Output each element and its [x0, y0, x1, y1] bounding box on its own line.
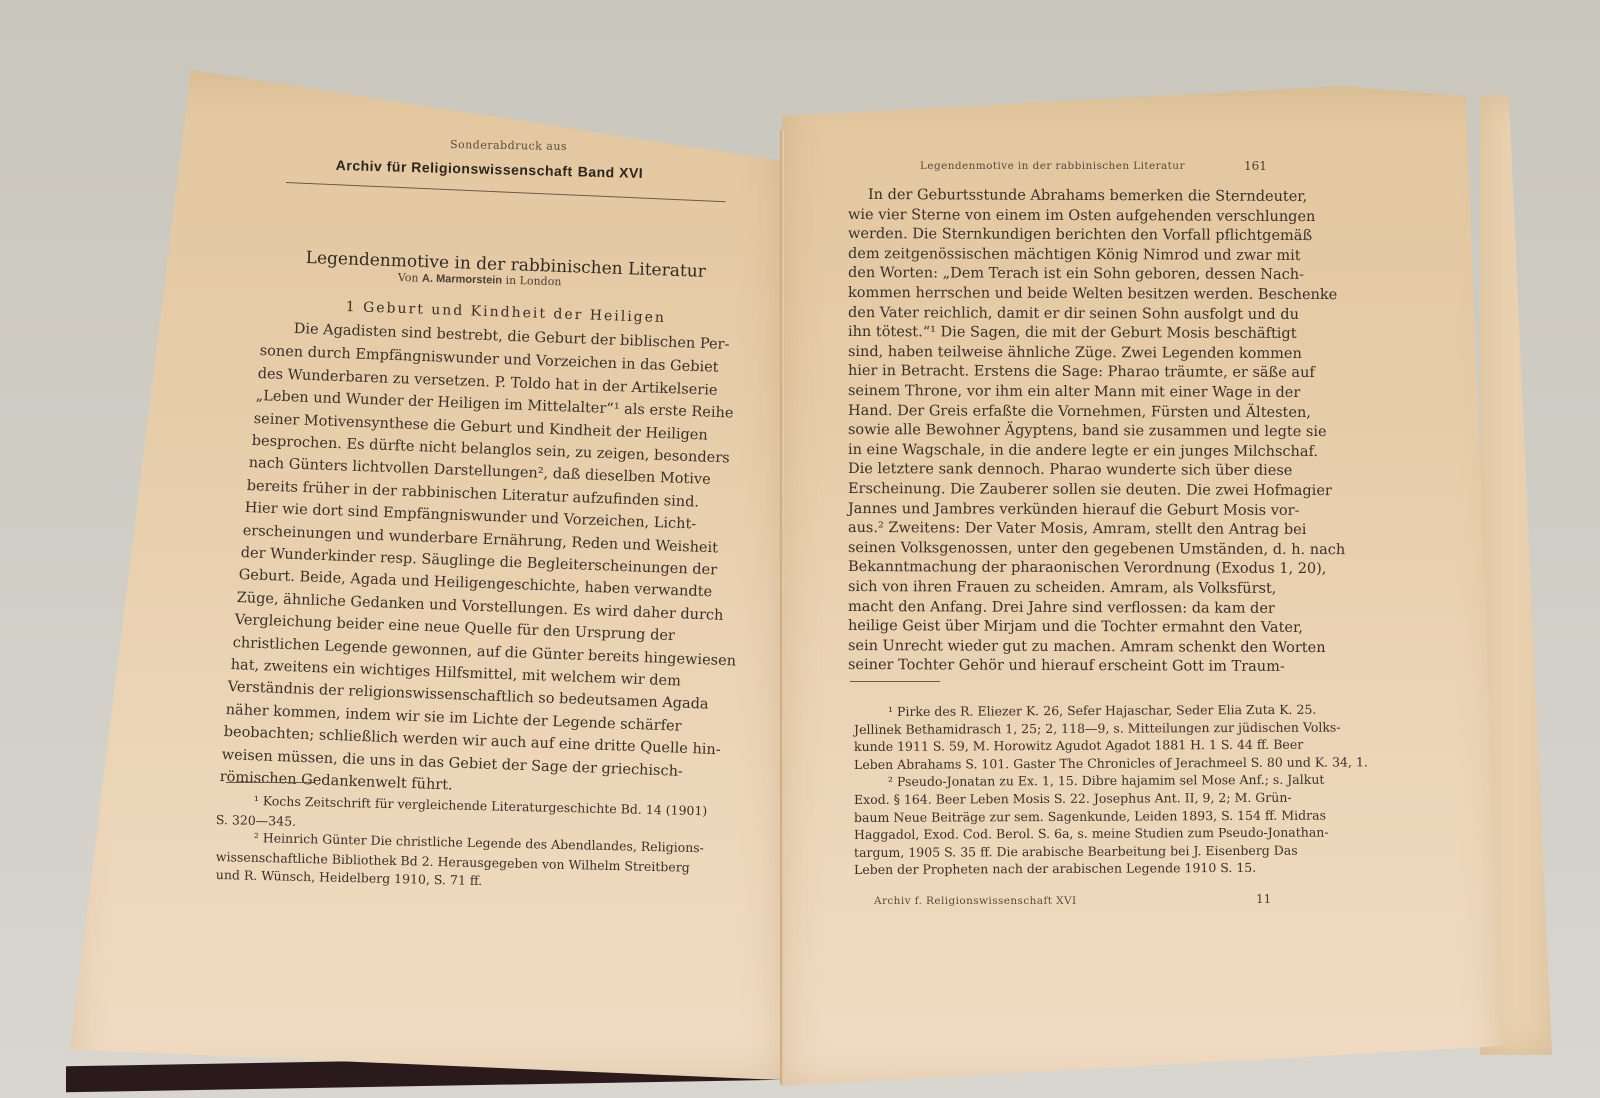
body-line: hier in Betracht. Erstens die Sage: Phar…	[848, 364, 1315, 381]
footnote-rule	[850, 681, 940, 682]
signature-line: Archiv f. Religionswissenschaft XVI	[874, 896, 1077, 907]
footnote-line: Jellinek Bethamidrasch 1, 25; 2, 118—9, …	[854, 721, 1341, 736]
body-line: Die letztere sank dennoch. Pharao wunder…	[848, 462, 1292, 478]
body-line: kommen herrschen und beide Welten besitz…	[848, 286, 1337, 303]
body-line: in eine Wagschale, in die andere legte e…	[848, 443, 1318, 460]
body-line: sowie alle Bewohner Ägyptens, band sie z…	[848, 423, 1327, 440]
body-line: Bekanntmachung der pharaonischen Verordn…	[848, 560, 1327, 577]
journal-volume: Band XVI	[578, 163, 644, 181]
footnote-line: Exod. § 164. Beer Leben Mosis S. 22. Jos…	[854, 792, 1292, 807]
book-gutter	[780, 130, 784, 1085]
body-line: sein Unrecht wieder gut zu machen. Amram…	[848, 639, 1326, 656]
body-line: sich von ihren Frauen zu scheiden. Amram…	[848, 580, 1276, 596]
signature-number: 11	[1256, 893, 1271, 905]
author-name: A. Marmorstein	[422, 273, 502, 287]
body-line: ihn tötest.“¹ Die Sagen, die mit der Geb…	[848, 325, 1297, 341]
body-line: den Vater reichlich, damit er dir seinen…	[848, 306, 1299, 322]
running-head: Legendenmotive in der rabbinischen Liter…	[920, 161, 1185, 172]
footnote-line: ¹ Pirke des R. Eliezer K. 26, Sefer Haja…	[888, 704, 1316, 719]
footnote-line: ² Pseudo-Jonatan zu Ex. 1, 15. Dibre haj…	[888, 774, 1324, 789]
body-line: seinem Throne, vor ihm ein alter Mann mi…	[848, 384, 1300, 400]
body-line: den Worten: „Dem Terach ist ein Sohn geb…	[848, 266, 1304, 282]
body-line: In der Geburtsstunde Abrahams bemerken d…	[868, 188, 1307, 204]
footnote-line: S. 320—345.	[216, 814, 297, 828]
footnote-line: Leben Abrahams S. 101. Gaster The Chroni…	[854, 756, 1368, 771]
footnote-line: kunde 1911 S. 59, M. Horowitz Agudot Aga…	[854, 739, 1303, 754]
body-line: macht den Anfang. Drei Jahre sind verflo…	[848, 600, 1275, 616]
body-line: Jannes und Jambres verkünden hierauf die…	[848, 502, 1300, 518]
body-line: werden. Die Sternkundigen berichten den …	[848, 227, 1312, 244]
body-line: heilige Geist über Mirjam und die Tochte…	[848, 619, 1303, 635]
footnote-rule	[226, 782, 314, 783]
body-line: seinen Volksgenossen, unter den gegebene…	[848, 541, 1345, 558]
footnote-line: baum Neue Beiträge zur sem. Sagenkunde, …	[854, 809, 1326, 824]
body-line: seiner Tochter Gehör und hierauf erschei…	[848, 658, 1285, 674]
body-line: Hand. Der Greis erfaßte die Vornehmen, F…	[848, 404, 1311, 421]
body-line: wie vier Sterne von einem im Osten aufge…	[848, 208, 1316, 225]
body-line: dem zeitgenössischen mächtigen König Nim…	[848, 247, 1301, 263]
page-number: 161	[1244, 160, 1267, 172]
body-line: Erscheinung. Die Zauberer sollen sie deu…	[848, 482, 1332, 499]
body-line: sind, haben teilweise ähnliche Züge. Zwe…	[848, 345, 1302, 361]
footnote-line: Leben der Propheten nach der arabischen …	[854, 862, 1256, 877]
footnote-line: targum, 1905 S. 35 ff. Die arabische Bea…	[854, 844, 1298, 859]
offprint-label: Sonderabdruck aus	[450, 139, 567, 152]
body-line: aus.² Zweitens: Der Vater Mosis, Amram, …	[848, 521, 1306, 537]
footnote-line: Haggadol, Exod. Cod. Berol. S. 6a, s. me…	[854, 827, 1329, 842]
